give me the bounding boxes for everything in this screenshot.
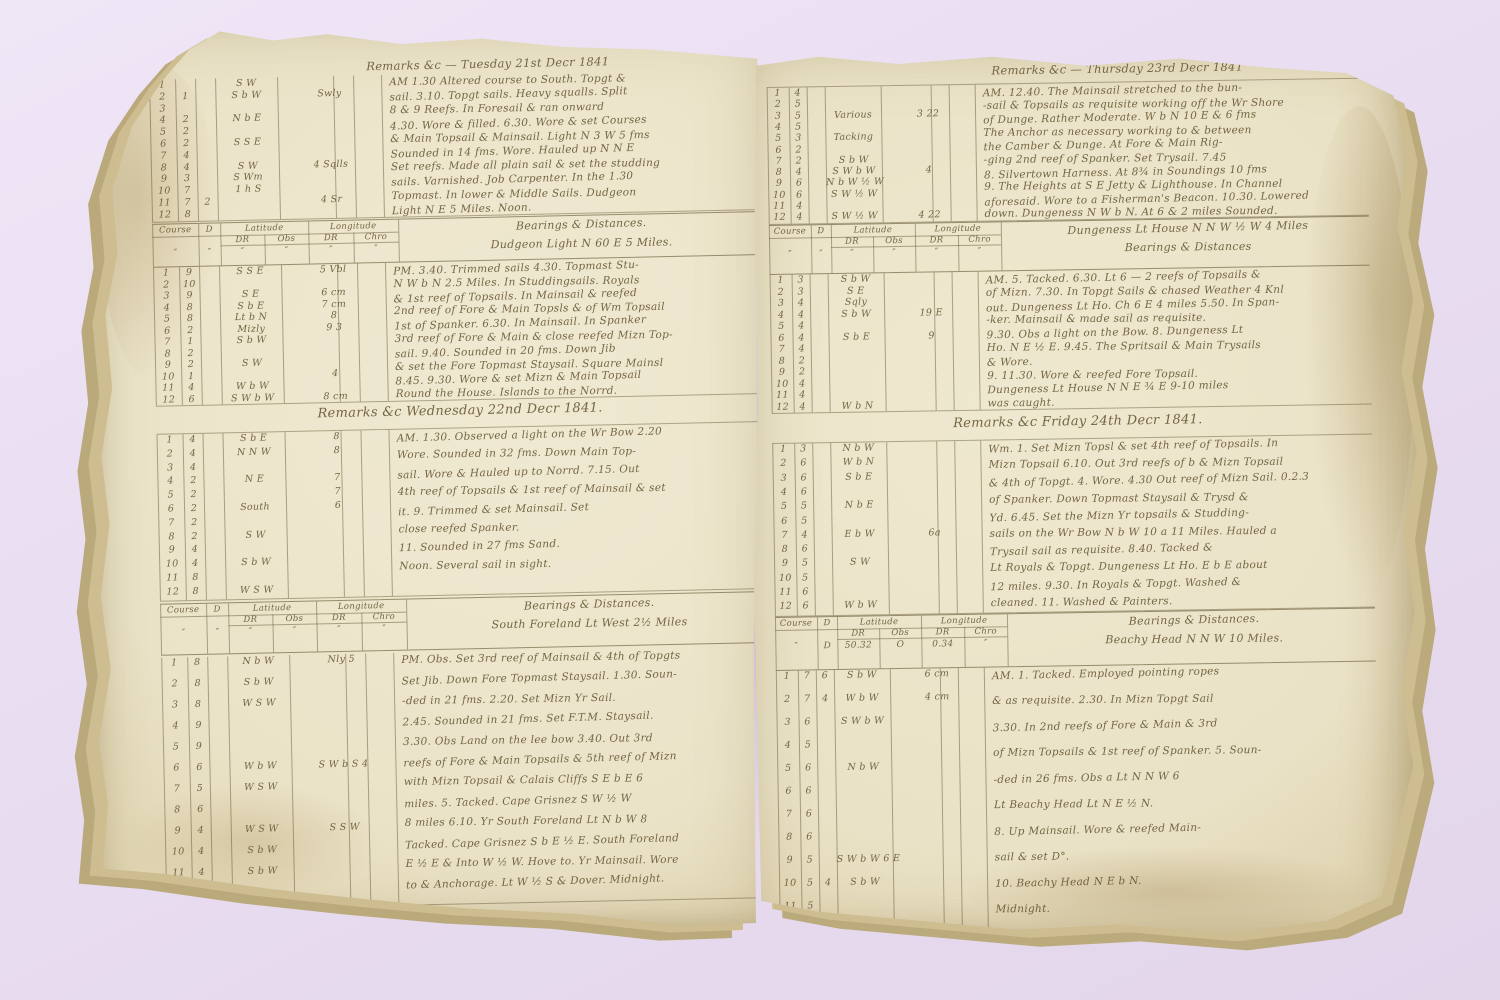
log-cell: 5 — [777, 763, 799, 774]
remark-line: Wm. 1. Set Mizn Topsl & set 4th reef of … — [988, 437, 1278, 455]
log-cell: 7 — [798, 693, 816, 704]
remark-line: Wore. Sounded in 32 fms. Down Main Top- — [397, 446, 636, 462]
log-cell: S b W — [215, 89, 277, 101]
log-cell: 7 — [164, 783, 190, 795]
remark-line: Set Jib. Down Fore Topmast Staysail. 1.3… — [402, 668, 678, 687]
log-cell: 2 — [183, 475, 203, 486]
log-cell: 8 — [768, 167, 790, 178]
log-cell: 6 — [158, 503, 184, 515]
log-cell: 9 — [779, 855, 801, 866]
log-cell: 8 — [284, 430, 388, 443]
band-d-value: D — [817, 641, 837, 651]
log-cell: 6 — [795, 472, 813, 483]
log-cell: 2 — [184, 489, 204, 500]
log-cell: 4 — [181, 382, 201, 393]
remark-line: Mizn Topsail 6.10. Out 3rd reefs of b & … — [989, 456, 1284, 471]
remark-line: 3.30. Obs Land on the lee bow 3.40. Out … — [403, 732, 653, 748]
log-cell: 3 — [150, 103, 176, 115]
band-text-line: Dudgeon Light N 60 E 5 Miles. — [411, 234, 753, 252]
log-cell: 4 — [770, 309, 792, 320]
grid-line — [978, 272, 981, 410]
band-course-value: ″ — [153, 248, 199, 259]
log-cell: S W b W — [222, 392, 284, 404]
band-latitude-label: Latitude — [837, 617, 921, 628]
log-cell: 12 — [772, 401, 794, 412]
log-cell: 2 — [790, 144, 808, 155]
log-cell: 3 22 — [881, 107, 975, 119]
band-lon-dr-value: 0.34 — [921, 639, 964, 650]
right-page-day-header: Remarks &c — Thursday 23rd Decr 1841 — [902, 58, 1332, 79]
log-cell: S W b W — [826, 165, 882, 177]
band-chro-label: Chro — [964, 626, 1007, 637]
log-cell: 8 — [186, 586, 206, 597]
log-cell: 4 — [773, 487, 795, 498]
right-log-table-3: 13N b W26W b N36S b E4655N b E6574E b W6… — [772, 434, 1375, 617]
band-chro-label: Chro — [361, 612, 406, 623]
remark-line: of Mizn Topsails & 1st reef of Spanker. … — [993, 744, 1262, 759]
log-cell: 4 — [793, 343, 811, 354]
log-cell: 11 — [771, 390, 793, 401]
band-course-label: Course — [769, 226, 811, 237]
log-cell: 1 — [175, 91, 195, 102]
log-cell: 8 — [185, 572, 205, 583]
log-cell: S W ½ W — [827, 211, 883, 223]
remark-line: AM. 1.30. Observed a light on the Wr Bow… — [396, 425, 662, 444]
log-cell: N b W — [835, 761, 891, 773]
band-dr-label: DR — [220, 234, 264, 245]
band-course-value: ″ — [769, 249, 811, 260]
log-cell: N N W — [223, 446, 285, 458]
band-text-line: Bearings & Distances. — [1019, 609, 1369, 630]
log-cell: 9 — [155, 359, 181, 371]
log-cell: 4 — [792, 332, 810, 343]
log-cell: S Wm — [217, 172, 279, 184]
grid-line — [360, 430, 364, 596]
band-dr-label: DR — [308, 233, 353, 244]
log-cell: S b W — [228, 676, 290, 688]
remark-line: Dungeness Lt House N N E ¾ E 9-10 miles — [987, 379, 1228, 396]
remark-line: sail. Wore & Hauled up to Norrd. 7.15. O… — [397, 463, 640, 482]
band-text-line: Beachy Head N N W 10 Miles. — [1019, 631, 1369, 648]
band-d-label: D — [198, 224, 220, 234]
log-cell: 6 — [150, 138, 176, 150]
band-course-value: ″ — [775, 641, 817, 652]
log-cell: 9 — [159, 545, 185, 557]
log-cell: 7 — [178, 197, 198, 208]
band-dr-label: DR — [316, 613, 361, 624]
log-cell: 4 — [789, 87, 807, 98]
log-cell: 4 — [154, 302, 180, 314]
log-cell: 2 — [767, 99, 789, 110]
log-cell: 8 — [187, 657, 207, 668]
log-cell: 6 — [190, 804, 210, 815]
band-obs-label: Obs — [272, 613, 316, 624]
log-cell: 3 — [792, 286, 810, 297]
log-cell: Tacking — [825, 131, 881, 143]
grid-line — [949, 85, 952, 221]
log-cell: 2 — [181, 347, 201, 358]
log-cell: 2 — [770, 286, 792, 297]
remark-line: & as requisite. 2.30. In Mizn Topgt Sail — [992, 693, 1213, 707]
log-cell: Lt b N — [220, 311, 282, 323]
log-cell: 9 — [165, 825, 191, 837]
log-cell: E b W — [832, 528, 888, 540]
log-cell: 4 — [183, 448, 203, 459]
grid-line — [975, 85, 978, 221]
band-longitude-label: Longitude — [921, 615, 1007, 626]
log-cell: 8 — [180, 301, 200, 312]
log-cell: 9 — [768, 178, 790, 189]
log-cell: 2 — [157, 448, 183, 460]
remark-line: Lt Royals & Topgt. Dungeness Lt Ho. E b … — [990, 559, 1268, 574]
log-cell: 11 — [152, 197, 178, 209]
band-course-label: Course — [152, 225, 198, 236]
grid-line — [952, 272, 955, 410]
log-cell: 10 — [774, 572, 796, 583]
right-date-heading: Remarks &c Friday 24th Decr 1841. — [838, 410, 1318, 433]
band-d-label: D — [817, 618, 837, 628]
log-cell: 8 cm — [284, 389, 388, 402]
log-cell: 10 — [768, 189, 790, 200]
log-cell: W b N — [830, 456, 886, 468]
band-dr-label: DR — [921, 627, 964, 638]
band-lon-chro-value: ″ — [362, 624, 407, 635]
log-cell: 1 — [180, 336, 200, 347]
log-cell: 10 — [159, 558, 185, 570]
band-dr-label: DR — [228, 614, 272, 625]
grid-line — [958, 668, 963, 944]
log-cell: 3 — [177, 173, 197, 184]
remark-line: 8. Up Mainsail. Wore & reefed Main- — [994, 822, 1201, 839]
log-cell: W S W — [230, 781, 292, 793]
log-cell: N b E — [216, 113, 278, 125]
log-cell: 4 — [183, 461, 203, 472]
grid-line — [890, 669, 895, 945]
remark-line: Midnight. — [995, 903, 1050, 916]
grid-line — [884, 273, 887, 411]
log-cell: S S W — [293, 821, 397, 834]
log-cell: 6 — [189, 762, 209, 773]
log-cell: 9 — [151, 174, 177, 186]
log-cell: 3 — [162, 699, 188, 711]
log-cell: 8 — [151, 162, 177, 174]
log-cell: S W — [217, 160, 279, 172]
log-cell: 10 — [155, 371, 181, 383]
log-cell: S b E — [222, 432, 284, 444]
remark-line: Noon. Several sail in sight. — [399, 558, 551, 572]
log-cell: 2 — [185, 530, 205, 541]
log-cell: 3 — [770, 298, 792, 309]
log-cell: 6 — [800, 785, 818, 796]
remark-line: Lt Beachy Head Lt N E ½ N. — [994, 797, 1154, 811]
log-cell: 11 — [774, 587, 796, 598]
grid-line — [984, 668, 989, 944]
log-cell: 8 — [159, 531, 185, 543]
log-cell: 3 — [777, 717, 799, 728]
log-cell: 7 — [177, 185, 197, 196]
band-longitude-label: Longitude — [915, 223, 1001, 234]
log-cell: 4 cm — [890, 691, 984, 703]
band-text-line: South Foreland Lt West 2½ Miles — [418, 614, 760, 632]
log-cell: 6 — [816, 670, 834, 681]
remark-line: PM. Obs. Set 3rd reef of Mainsail & 4th … — [401, 650, 680, 666]
log-cell: 5 — [190, 783, 210, 794]
log-cell: 9 — [179, 290, 199, 301]
grid-line — [834, 670, 839, 946]
log-cell: 2 — [176, 114, 196, 125]
log-cell: S b W — [220, 334, 282, 346]
log-cell: 6 — [790, 178, 808, 189]
left-page-content: Remarks &c — Tuesday 21st Decr 1841 1S W… — [92, 19, 783, 939]
band-obs-label: Obs — [264, 234, 308, 245]
log-cell: 1 — [157, 434, 183, 446]
log-cell: S b W — [225, 556, 287, 568]
log-cell: 6 — [800, 808, 818, 819]
log-cell: 4 — [819, 877, 837, 888]
log-cell: S W ½ W — [826, 188, 882, 200]
log-cell: Mizly — [220, 323, 282, 335]
grid-line — [385, 263, 389, 401]
log-cell: 12 — [156, 394, 182, 406]
log-cell: S W — [221, 357, 283, 369]
log-cell: 5 — [796, 572, 814, 583]
remark-line: -ker. Mainsail & made sail as requisite. — [986, 312, 1206, 326]
remark-line: -ging 2nd reef of Spanker. Set Trysail. … — [984, 151, 1227, 166]
log-cell: 1 — [767, 88, 789, 99]
band-d-value: ″ — [207, 627, 229, 637]
grid-line — [337, 264, 341, 402]
right-log-table-1: 142535Various3 224553Tacking6272S b W84S… — [767, 78, 1369, 225]
log-cell: South — [224, 501, 286, 513]
log-cell: 4 — [793, 389, 811, 400]
log-cell: Nly 5 — [289, 653, 393, 666]
remark-line: Topmast. In lower & Middle Sails. Dudgeo… — [391, 186, 636, 202]
log-cell: N b W — [830, 442, 886, 454]
remark-line: Tacked. Cape Grisnez S b E ½ E. South Fo… — [405, 832, 679, 851]
log-cell: 7 — [774, 529, 796, 540]
log-cell: 4 Sqlls — [279, 158, 383, 171]
grid-line — [388, 430, 392, 596]
band-lat-dr-value: 50.32 — [837, 640, 879, 651]
log-cell: S E — [219, 288, 281, 300]
left-page: Remarks &c — Tuesday 21st Decr 1841 1S W… — [92, 26, 764, 932]
log-cell: W b N — [830, 400, 886, 412]
grid-line — [940, 668, 945, 944]
log-cell: S b W — [826, 154, 882, 166]
log-cell: 4 22 — [883, 209, 977, 221]
band-d-label: D — [206, 604, 228, 614]
grid-line — [357, 264, 361, 402]
band-d-value: ″ — [811, 249, 831, 259]
band-lat-obs-value: ″ — [873, 248, 915, 259]
band-d-label: D — [811, 226, 831, 236]
left-log-table-4: 18N b WNly 528S b W38W S W495966W b WS W… — [161, 645, 772, 911]
log-cell: 5 — [789, 110, 807, 121]
log-cell: 2 — [772, 458, 794, 469]
log-cell: 2 — [176, 138, 196, 149]
log-cell: W b W — [221, 380, 283, 392]
log-cell: 10 — [771, 378, 793, 389]
log-cell: 3 — [794, 443, 812, 454]
log-cell: W S W — [228, 697, 290, 709]
band-lon-chro-value: ″ — [958, 246, 1001, 257]
log-cell: 4 — [177, 150, 197, 161]
log-cell: W b W — [833, 599, 889, 611]
log-cell: 6 — [799, 762, 817, 773]
log-cell: 5 — [795, 515, 813, 526]
band-lat-dr-value: ″ — [831, 248, 873, 259]
band-dr-label: DR — [837, 628, 879, 639]
log-cell: S W — [225, 529, 287, 541]
log-cell: 8 — [778, 832, 800, 843]
log-cell: 5 — [163, 741, 189, 753]
log-cell: 11 — [768, 201, 790, 212]
band-obs-label: Obs — [879, 628, 921, 639]
remark-line: 3.30. In 2nd reefs of Fore & Main & 3rd — [993, 717, 1218, 734]
log-cell: 5 — [150, 126, 176, 138]
left-log-table-1: 1S W21S b WSwly342N b E5262S S E7484S W4… — [149, 67, 758, 223]
log-cell: W b W — [229, 760, 291, 772]
log-cell: 6 — [778, 786, 800, 797]
remark-line: to & Anchorage. Lt W ½ S & Dover. Midnig… — [406, 873, 665, 892]
log-cell: 2 — [198, 196, 218, 207]
log-cell: 12 — [769, 212, 791, 223]
log-cell: W b W — [834, 692, 890, 704]
band-lat-dr-value: ″ — [221, 246, 265, 257]
remark-line: -ded in 21 fms. 2.20. Set Mizn Yr Sail. — [402, 692, 616, 707]
band-text-line: Bearings & Distances. — [410, 213, 752, 236]
log-cell: 6 — [286, 499, 390, 512]
right-bearings-band-2: CourseDLatitudeLongitudeDRObsDRChro″D50.… — [775, 608, 1376, 671]
remark-line: Ho. N E ½ E. 9.45. The Spritsail & Main … — [987, 339, 1261, 354]
log-cell: 5 — [795, 501, 813, 512]
log-cell: 4 — [177, 161, 197, 172]
log-cell: 7 — [798, 670, 816, 681]
log-cell: 12 — [160, 586, 186, 598]
log-cell: N b W ½ W — [826, 177, 882, 189]
log-cell: 5 — [154, 313, 180, 325]
band-text-line: Bearings & Distances — [1013, 239, 1363, 256]
log-cell: 4 — [792, 320, 810, 331]
log-cell: 7 — [771, 344, 793, 355]
log-cell: S b W — [828, 273, 884, 285]
log-cell: 6 — [796, 543, 814, 554]
log-cell: 7 — [158, 517, 184, 529]
log-cell: 5 — [801, 877, 819, 888]
log-cell: S b E — [220, 300, 282, 312]
log-cell: 4 — [777, 740, 799, 751]
log-cell: 3 — [792, 274, 810, 285]
remark-line: sails on the Wr Bow N b W 10 a 11 Miles.… — [990, 525, 1277, 540]
right-log-table-2: 13S b W23S E34Sqly44S b W19 E5464S b E97… — [770, 266, 1372, 414]
log-cell: 11 — [155, 382, 181, 394]
log-cell: 6 — [800, 831, 818, 842]
band-course-label: Course — [775, 618, 817, 629]
log-cell: 4 — [191, 846, 211, 857]
log-cell: 2 — [180, 324, 200, 335]
log-cell: 7 — [151, 150, 177, 162]
remark-line: of Spanker. Down Topmast Staysail & Trys… — [989, 491, 1249, 506]
log-cell: 6 cm — [890, 668, 984, 680]
log-cell: 6 — [795, 486, 813, 497]
band-latitude-label: Latitude — [220, 223, 308, 235]
log-cell: 1 — [776, 671, 798, 682]
band-lon-chro-value: ″ — [964, 638, 1007, 649]
log-cell: 2 — [793, 355, 811, 366]
log-cell: 4 — [185, 558, 205, 569]
log-cell: 6 — [770, 332, 792, 343]
log-cell: 7 — [768, 155, 790, 166]
remark-line: 12 miles. 9.30. In Royals & Topgt. Washe… — [990, 575, 1241, 592]
log-cell: 6 — [182, 393, 202, 404]
log-cell: 6 — [768, 144, 790, 155]
band-longitude-label: Longitude — [316, 601, 406, 613]
log-cell: 4 — [790, 166, 808, 177]
log-cell: S b W — [837, 876, 893, 888]
log-cell: S b W — [828, 308, 884, 320]
log-cell: 9 — [774, 558, 796, 569]
log-cell: S S E — [216, 136, 278, 148]
log-cell: 7 — [286, 485, 390, 498]
remark-line: 4th reef of Topsails & 1st reef of Mains… — [398, 482, 666, 498]
log-cell: S b E — [831, 471, 887, 483]
remark-line: it. 9. Trimmed & set Mainsail. Set — [398, 501, 589, 518]
log-cell: 4 — [150, 115, 176, 127]
log-cell: 4 — [793, 378, 811, 389]
log-cell: 10 — [779, 878, 801, 889]
remark-line: 8 miles 6.10. Yr South Foreland Lt N b W… — [405, 813, 648, 829]
remark-line: close reefed Spanker. — [398, 522, 519, 536]
band-latitude-label: Latitude — [831, 225, 915, 236]
log-cell: S b E — [828, 331, 884, 343]
log-cell: 10 — [151, 185, 177, 197]
log-cell: 2 — [184, 503, 204, 514]
log-cell: S b W — [834, 669, 890, 681]
log-cell: 2 — [776, 694, 798, 705]
remark-line: Trysail sail as requisite. 8.40. Tacked … — [990, 542, 1213, 559]
band-dr-label: DR — [915, 235, 958, 246]
log-cell: 8 — [285, 444, 389, 457]
log-cell: 10 — [179, 278, 199, 289]
log-cell: 19 E — [884, 306, 978, 318]
log-cell: 4 — [182, 434, 202, 445]
log-cell: 5 Vbl — [281, 263, 385, 276]
log-cell: 11 — [159, 572, 185, 584]
log-cell: 8 — [188, 699, 208, 710]
remark-line: E ½ E & Into W ½ W. Hove to. Yr Mainsail… — [405, 854, 678, 870]
band-lat-obs-value: ″ — [273, 625, 317, 636]
band-chro-label: Chro — [353, 232, 398, 243]
log-cell: N b E — [831, 499, 887, 511]
band-lat-obs-value: ″ — [265, 246, 309, 257]
log-cell: 5 — [789, 121, 807, 132]
log-cell: 4 — [192, 867, 212, 878]
log-cell: 4 — [162, 720, 188, 732]
log-cell: 9 — [189, 741, 209, 752]
log-cell: 2 — [162, 678, 188, 690]
band-latitude-label: Latitude — [228, 602, 316, 614]
log-cell: 9 — [179, 267, 199, 278]
log-cell: Swly — [277, 87, 381, 100]
band-course-label: Course — [160, 605, 206, 616]
log-cell: 6 — [154, 325, 180, 337]
log-cell: S W b W — [834, 715, 890, 727]
band-chro-label: Chro — [958, 234, 1001, 245]
remark-line: Yd. 6.45. Set the Mizn Yr topsails & Stu… — [989, 507, 1249, 525]
log-cell: S W b W 6 E — [837, 853, 893, 865]
log-cell: 2 — [181, 359, 201, 370]
log-cell: 5 — [796, 558, 814, 569]
